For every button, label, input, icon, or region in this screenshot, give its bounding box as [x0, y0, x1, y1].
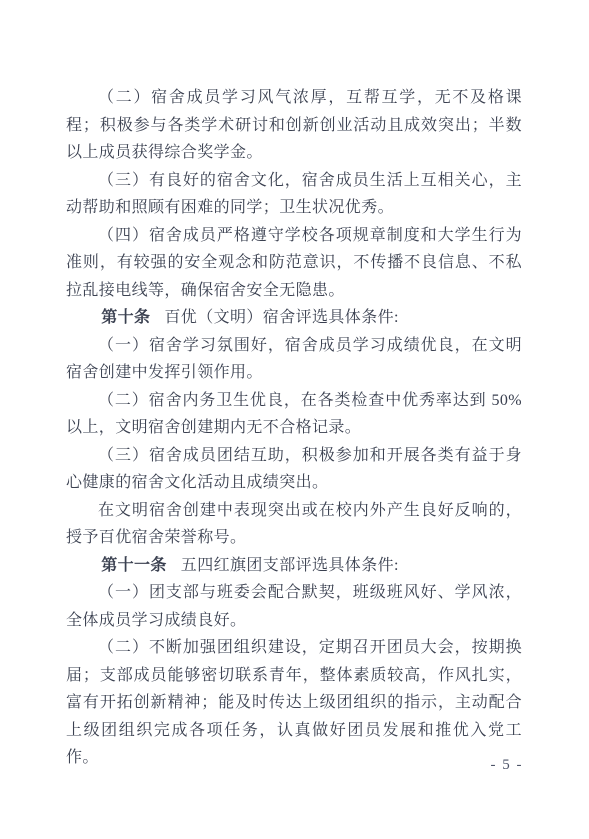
body-paragraph: （三）宿舍成员团结互助，积极参加和开展各类有益于身心健康的宿舍文化活动且成绩突出… — [66, 442, 522, 497]
article-heading: 第十一条五四红旗团支部评选具体条件: — [66, 552, 522, 580]
body-paragraph: （二）宿舍内务卫生优良，在各类检查中优秀率达到 50%以上，文明宿舍创建期内无不… — [66, 387, 522, 442]
body-paragraph: （二）宿舍成员学习风气浓厚，互帮互学，无不及格课程；积极参与各类学术研讨和创新创… — [66, 84, 522, 167]
article-heading: 第十条百优（文明）宿舍评选具体条件: — [66, 304, 522, 332]
body-paragraph: （二）不断加强团组织建设，定期召开团员大会，按期换届；支部成员能够密切联系青年，… — [66, 634, 522, 772]
document-page: （二）宿舍成员学习风气浓厚，互帮互学，无不及格课程；积极参与各类学术研讨和创新创… — [0, 0, 589, 839]
article-number: 第十条 — [101, 309, 150, 326]
article-title: 百优（文明）宿舍评选具体条件: — [150, 309, 398, 326]
body-paragraph: （一）宿舍学习氛围好，宿舍成员学习成绩优良，在文明宿舍创建中发挥引领作用。 — [66, 332, 522, 387]
body-paragraph: （一）团支部与班委会配合默契，班级班风好、学风浓，全体成员学习成绩良好。 — [66, 579, 522, 634]
body-paragraph: （四）宿舍成员严格遵守学校各项规章制度和大学生行为准则，有较强的安全观念和防范意… — [66, 222, 522, 305]
page-number: - 5 - — [491, 757, 524, 774]
body-paragraph: 在文明宿舍创建中表现突出或在校内外产生良好反响的，授予百优宿舍荣誉称号。 — [66, 497, 522, 552]
body-paragraph: （三）有良好的宿舍文化，宿舍成员生活上互相关心，主动帮助和照顾有困难的同学；卫生… — [66, 167, 522, 222]
document-body: （二）宿舍成员学习风气浓厚，互帮互学，无不及格课程；积极参与各类学术研讨和创新创… — [66, 84, 522, 772]
article-number: 第十一条 — [101, 557, 167, 574]
article-title: 五四红旗团支部评选具体条件: — [167, 557, 399, 574]
